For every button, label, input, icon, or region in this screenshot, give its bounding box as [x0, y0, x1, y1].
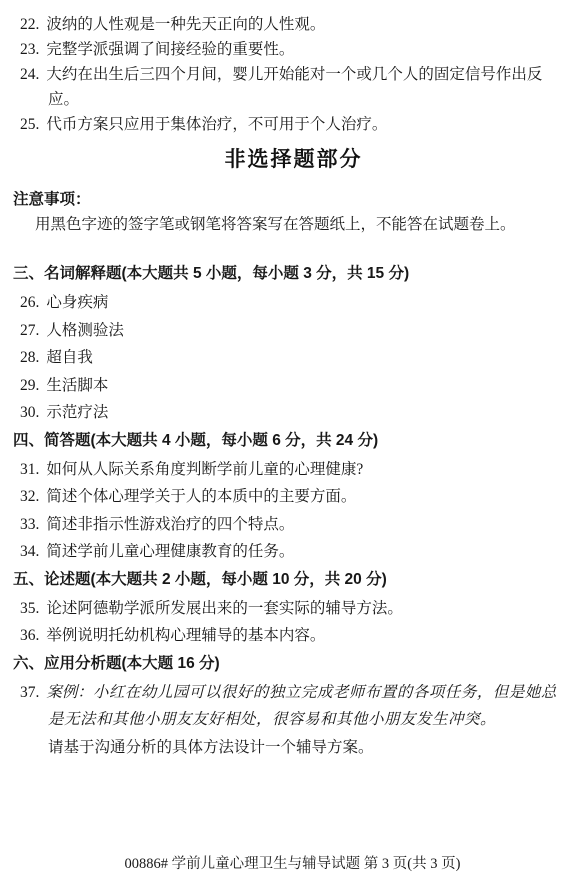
question-item: 29.生活脚本: [20, 372, 567, 400]
question-text: 超自我: [46, 349, 93, 366]
question-number: 27.: [20, 322, 39, 339]
exam-section: 三、名词解释题(本大题共 5 小题，每小题 3 分，共 15 分)26.心身疾病…: [20, 261, 567, 427]
question-item: 26.心身疾病: [20, 289, 567, 317]
question-item: 30.示范疗法: [20, 399, 567, 427]
question-number: 37.: [20, 684, 39, 701]
section-heading: 三、名词解释题(本大题共 5 小题，每小题 3 分，共 15 分): [13, 261, 567, 287]
exam-section: 五、论述题(本大题共 2 小题，每小题 10 分，共 20 分)35.论述阿德勒…: [20, 567, 567, 650]
question-number: 33.: [20, 516, 39, 533]
question-item: 32.简述个体心理学关于人的本质中的主要方面。: [20, 483, 567, 511]
question-followup: 请基于沟通分析的具体方法设计一个辅导方案。: [20, 734, 567, 762]
question-text: 人格测验法: [46, 322, 124, 339]
question-text: 如何从人际关系角度判断学前儿童的心理健康?: [46, 461, 363, 478]
question-number: 36.: [20, 627, 39, 644]
section-heading: 五、论述题(本大题共 2 小题，每小题 10 分，共 20 分): [13, 567, 567, 593]
case-label: 案例：: [46, 684, 93, 701]
question-text: 简述个体心理学关于人的本质中的主要方面。: [46, 488, 356, 505]
notice-text: 用黑色字迹的签字笔或钢笔将答案写在答题纸上，不能答在试题卷上。: [20, 212, 567, 237]
exam-page: 22.波纳的人性观是一种先天正向的人性观。23.完整学派强调了间接经验的重要性。…: [0, 0, 585, 885]
question-number: 32.: [20, 488, 39, 505]
question-number: 24.: [20, 66, 39, 83]
question-item: 25.代币方案只应用于集体治疗，不可用于个人治疗。: [20, 112, 567, 137]
question-item: 23.完整学派强调了间接经验的重要性。: [20, 37, 567, 62]
question-item: 31.如何从人际关系角度判断学前儿童的心理健康?: [20, 456, 567, 484]
question-item: 37.案例：小红在幼儿园可以很好的独立完成老师布置的各项任务，但是她总是无法和其…: [20, 679, 567, 734]
question-text: 举例说明托幼机构心理辅导的基本内容。: [46, 627, 325, 644]
question-text: 波纳的人性观是一种先天正向的人性观。: [46, 16, 325, 33]
question-number: 30.: [20, 404, 39, 421]
exam-section: 四、简答题(本大题共 4 小题，每小题 6 分，共 24 分)31.如何从人际关…: [20, 428, 567, 566]
part-title: 非选择题部分: [20, 147, 567, 173]
notice-label: 注意事项：: [13, 187, 567, 212]
question-item: 28.超自我: [20, 344, 567, 372]
question-text: 论述阿德勒学派所发展出来的一套实际的辅导方法。: [46, 600, 403, 617]
question-text: 心身疾病: [46, 294, 108, 311]
question-item: 36.举例说明托幼机构心理辅导的基本内容。: [20, 622, 567, 650]
question-text: 生活脚本: [46, 377, 108, 394]
question-number: 25.: [20, 116, 39, 133]
question-item: 35.论述阿德勒学派所发展出来的一套实际的辅导方法。: [20, 595, 567, 623]
sections: 三、名词解释题(本大题共 5 小题，每小题 3 分，共 15 分)26.心身疾病…: [20, 261, 567, 761]
question-number: 23.: [20, 41, 39, 58]
question-text: 简述学前儿童心理健康教育的任务。: [46, 543, 294, 560]
question-item: 24.大约在出生后三四个月间，婴儿开始能对一个或几个人的固定信号作出反应。: [20, 62, 567, 112]
question-number: 28.: [20, 349, 39, 366]
question-number: 34.: [20, 543, 39, 560]
true-false-list: 22.波纳的人性观是一种先天正向的人性观。23.完整学派强调了间接经验的重要性。…: [20, 12, 567, 137]
question-number: 35.: [20, 600, 39, 617]
question-text: 示范疗法: [46, 404, 108, 421]
question-item: 33.简述非指示性游戏治疗的四个特点。: [20, 511, 567, 539]
exam-section: 六、应用分析题(本大题 16 分)37.案例：小红在幼儿园可以很好的独立完成老师…: [20, 651, 567, 762]
section-heading: 四、简答题(本大题共 4 小题，每小题 6 分，共 24 分): [13, 428, 567, 454]
question-text: 完整学派强调了间接经验的重要性。: [46, 41, 294, 58]
question-text: 大约在出生后三四个月间，婴儿开始能对一个或几个人的固定信号作出反应。: [46, 66, 542, 108]
question-number: 31.: [20, 461, 39, 478]
question-number: 22.: [20, 16, 39, 33]
question-item: 22.波纳的人性观是一种先天正向的人性观。: [20, 12, 567, 37]
page-footer: 00886# 学前儿童心理卫生与辅导试题 第 3 页(共 3 页): [0, 855, 585, 874]
question-item: 34.简述学前儿童心理健康教育的任务。: [20, 538, 567, 566]
question-number: 26.: [20, 294, 39, 311]
question-number: 29.: [20, 377, 39, 394]
section-heading: 六、应用分析题(本大题 16 分): [13, 651, 567, 677]
question-text: 简述非指示性游戏治疗的四个特点。: [46, 516, 294, 533]
question-text: 代币方案只应用于集体治疗，不可用于个人治疗。: [46, 116, 387, 133]
question-item: 27.人格测验法: [20, 317, 567, 345]
case-text: 小红在幼儿园可以很好的独立完成老师布置的各项任务，但是她总是无法和其他小朋友友好…: [48, 684, 557, 729]
